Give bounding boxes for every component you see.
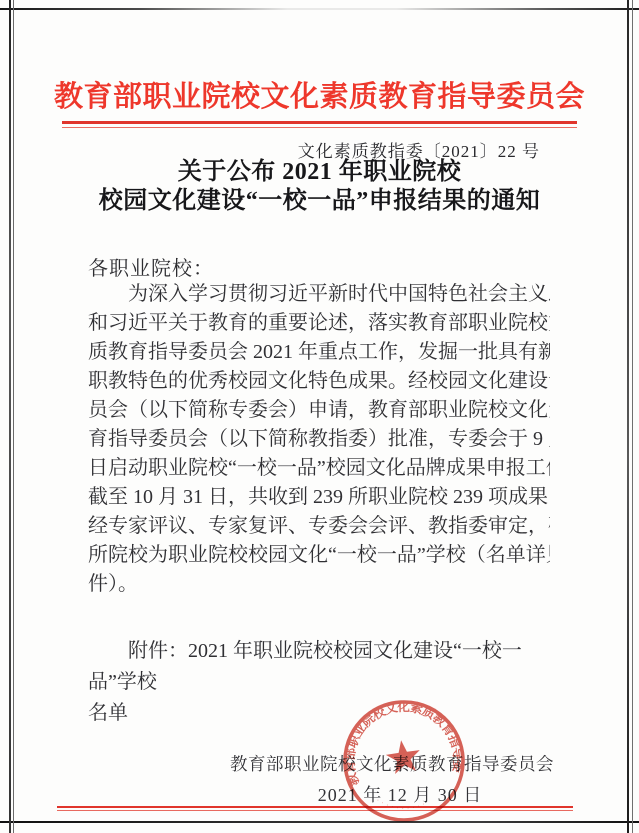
- body-line: 质教育指导委员会 2021 年重点工作，发掘一批具有新时代: [88, 338, 550, 367]
- body-line: 件）。: [88, 570, 550, 599]
- letterhead-rule: [62, 121, 577, 128]
- footer-rule: [57, 806, 573, 811]
- document-page: 教育部职业院校文化素质教育指导委员会 文化素质教指委〔2021〕22 号 关于公…: [0, 0, 639, 833]
- frame-line-left-inner: [13, 0, 14, 833]
- body-line: 日启动职业院校“一校一品”校园文化品牌成果申报工作。: [88, 454, 550, 483]
- body-line: 经专家评议、专家复评、专委会会评、教指委审定，确定 36: [88, 512, 550, 541]
- body-line: 为深入学习贯彻习近平新时代中国特色社会主义思想: [88, 280, 550, 309]
- body-line: 员会（以下简称专委会）申请，教育部职业院校文化素质教: [88, 396, 550, 425]
- body-paragraph: 为深入学习贯彻习近平新时代中国特色社会主义思想 和习近平关于教育的重要论述，落实…: [88, 280, 550, 599]
- frame-line-top: [0, 8, 639, 10]
- attachment-line1: 附件：2021 年职业院校校园文化建设“一校一品”学校: [88, 636, 558, 698]
- frame-line-right-outer: [632, 0, 633, 833]
- body-line: 截至 10 月 31 日，共收到 239 所职业院校 239 项成果申报，: [88, 483, 550, 512]
- body-line: 所院校为职业院校校园文化“一校一品”学校（名单详见附: [88, 541, 550, 570]
- letterhead-org-title: 教育部职业院校文化素质教育指导委员会: [0, 74, 639, 115]
- frame-line-right-inner: [627, 0, 629, 833]
- seal-bottom-marks: · · · · · · · · · ·: [374, 791, 427, 816]
- star-icon: [384, 738, 422, 775]
- body-line: 育指导委员会（以下简称教指委）批准，专委会于 9 月 30: [88, 425, 550, 454]
- attachment-note: 附件：2021 年职业院校校园文化建设“一校一品”学校 名单: [88, 636, 558, 729]
- body-line: 和习近平关于教育的重要论述，落实教育部职业院校文化素: [88, 309, 550, 338]
- body-line: 职教特色的优秀校园文化特色成果。经校园文化建设专门委: [88, 367, 550, 396]
- svg-text:· · · · · · · · · ·: · · · · · · · · · ·: [374, 791, 427, 816]
- notice-title-line1: 关于公布 2021 年职业院校: [0, 158, 639, 187]
- frame-line-bottom: [0, 821, 639, 823]
- salutation: 各职业院校：: [88, 252, 214, 281]
- svg-text:教育部职业院校文化素质教育指导委员会: 教育部职业院校文化素质教育指导委员会: [325, 682, 468, 793]
- seal-ring-text: 教育部职业院校文化素质教育指导委员会: [325, 682, 468, 793]
- frame-line-left-outer: [9, 0, 11, 833]
- attachment-line2: 名单: [88, 698, 558, 729]
- notice-title-line2: 校园文化建设“一校一品”申报结果的通知: [0, 187, 639, 216]
- official-seal-icon: 教育部职业院校文化素质教育指导委员会 · · · · · · · · · ·: [325, 682, 483, 833]
- notice-title: 关于公布 2021 年职业院校 校园文化建设“一校一品”申报结果的通知: [0, 158, 639, 216]
